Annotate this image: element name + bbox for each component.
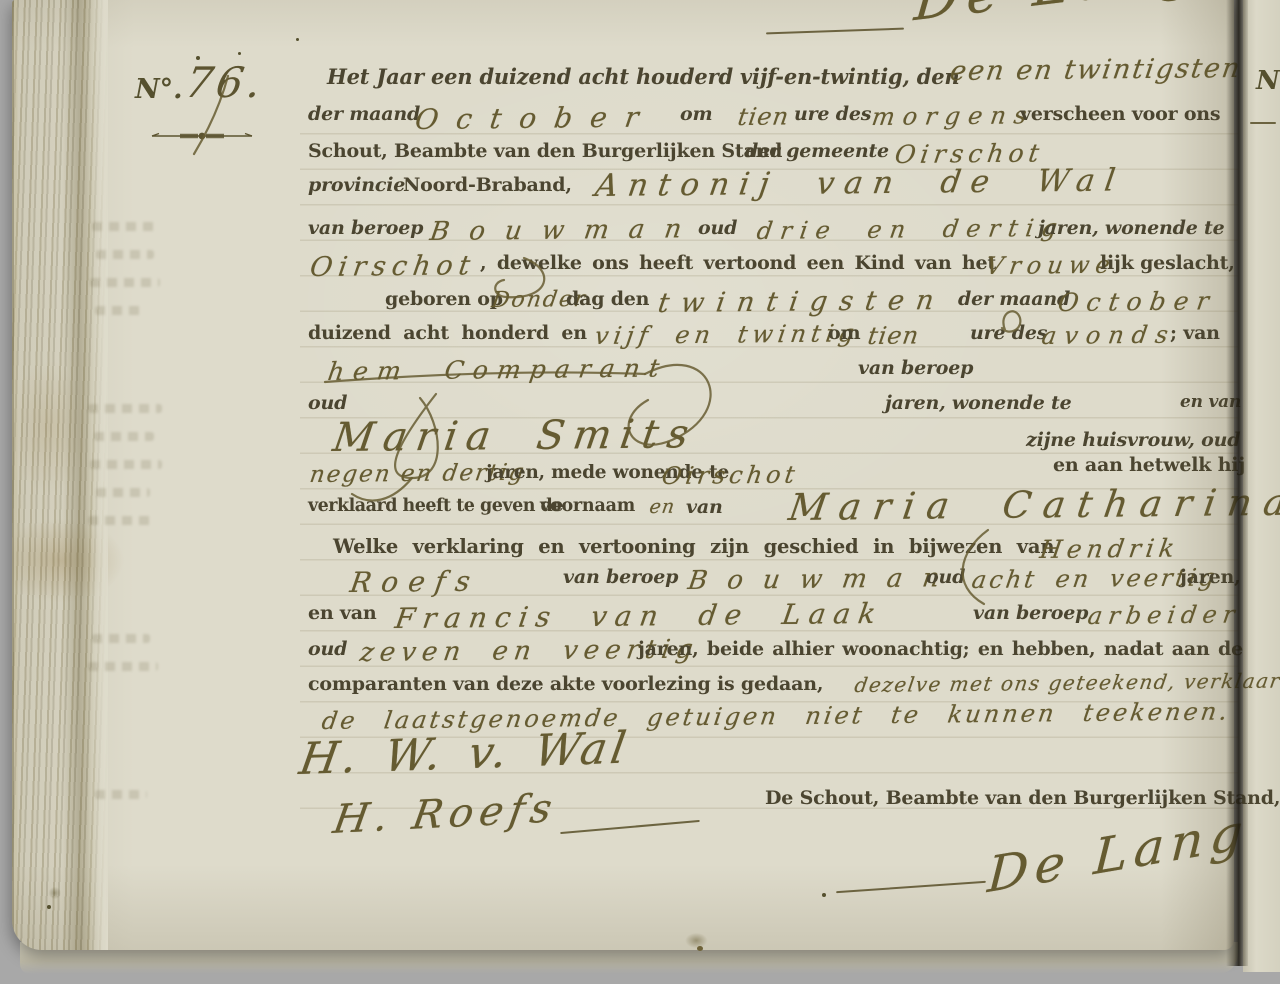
handwritten-segment: Francis van de Laak <box>393 597 886 635</box>
scanned-register-page: { "scan": { "header": { "no_label": "N°.… <box>0 0 1280 984</box>
ink-speck <box>822 893 826 897</box>
schout-title-line: De Schout, Beambte van den Burgerlijken … <box>765 787 1280 809</box>
binding-edge <box>12 0 108 950</box>
handwritten-segment: hem Comparant <box>326 353 670 386</box>
bleed-through-text <box>88 516 152 525</box>
printed-segment: voornaam <box>540 496 635 516</box>
bleed-through-text <box>92 634 150 643</box>
bleed-through-text <box>96 488 150 497</box>
ink-speck <box>697 946 703 951</box>
printed-segment: ure des <box>794 103 871 125</box>
printed-segment: van <box>686 496 723 518</box>
handwritten-segment: Oirschot <box>660 461 801 490</box>
act-line-13: verklaard heeft te geven de voornaam en … <box>308 496 1243 536</box>
handwritten-segment: October <box>1056 286 1219 317</box>
printed-segment: Het Jaar een duizend acht houderd vijf-e… <box>327 64 959 89</box>
handwritten-segment: Roefs <box>348 565 482 599</box>
handwritten-segment: Bouwman <box>686 563 962 596</box>
handwritten-segment: Antonij van de Wal <box>593 162 1127 204</box>
handwritten-segment: avonds <box>1040 321 1178 350</box>
printed-segment: van beroep <box>858 357 973 379</box>
handwritten-segment: vijf en twintig <box>593 319 861 350</box>
printed-segment: van beroep <box>308 217 423 239</box>
handwritten-segment: Vrouwe <box>984 251 1118 280</box>
handwritten-segment: twintigsten <box>656 285 948 319</box>
handwritten-segment: Oirschot <box>308 250 478 283</box>
printed-segment: oud <box>308 392 347 414</box>
act-line-1: Het Jaar een duizend acht houderd vijf-e… <box>308 64 1243 104</box>
printed-segment: en aan hetwelk hij <box>1053 454 1245 476</box>
handwritten-segment: en <box>648 496 677 518</box>
printed-segment: der maand <box>308 103 420 125</box>
printed-segment: verscheen voor ons <box>1020 103 1220 125</box>
ornament-divider <box>150 128 254 148</box>
printed-segment: oud <box>308 638 347 660</box>
bleed-through-text <box>90 460 162 469</box>
bleed-through-text <box>92 222 158 231</box>
act-number: 76. <box>182 58 269 107</box>
printed-segment: Noord-Braband, <box>403 174 572 196</box>
handwritten-segment: Maria Smits <box>330 411 700 461</box>
bleed-through-text <box>94 432 154 441</box>
handwritten-segment: tien <box>736 102 791 131</box>
bleed-through-text <box>96 250 154 259</box>
printed-segment: Schout, Beambte van den Burgerlijken Sta… <box>308 140 782 162</box>
bleed-through-text <box>95 790 147 799</box>
printed-segment: van beroep <box>973 602 1088 624</box>
next-page-act-number-partial: N <box>1256 66 1280 96</box>
printed-segment: jaren, beide alhier woonachtig; en hebbe… <box>638 638 1243 660</box>
handwritten-segment: arbeider <box>1086 600 1242 630</box>
printed-segment: lijk geslacht, <box>1100 252 1235 274</box>
ink-speck <box>296 38 299 41</box>
handwritten-segment: dezelve met ons geteekend, verklaaren <box>853 668 1280 697</box>
printed-segment: van beroep <box>563 566 678 588</box>
handwritten-segment: Bouwman <box>428 214 704 247</box>
handwritten-segment: tien <box>866 321 921 350</box>
handwritten-segment: Maria Catharina <box>786 481 1280 529</box>
printed-segment: ure des <box>970 322 1047 344</box>
handwritten-segment: October <box>413 100 659 136</box>
next-page-divider-partial <box>1250 122 1276 124</box>
ink-speck <box>196 56 200 60</box>
bleed-through-text <box>88 404 162 413</box>
printed-segment: en van <box>308 602 376 624</box>
act-line-4: provincie Noord-Braband, Antonij van de … <box>308 174 1243 214</box>
printed-segment: geboren op <box>385 288 503 310</box>
act-line-2: der maand October om tien ure des morgen… <box>308 103 1243 143</box>
printed-segment: dag den <box>566 288 649 310</box>
printed-segment: jaren, wonende te <box>885 392 1072 414</box>
act-line-9: hem Comparant van beroep <box>308 357 1243 397</box>
handwritten-segment: morgens <box>870 101 1036 131</box>
act-number-label: N°. <box>135 74 183 105</box>
printed-segment: oud <box>926 566 965 588</box>
printed-segment: duizend acht honderd en <box>308 322 587 344</box>
printed-segment: comparanten van deze akte voorlezing is … <box>308 673 823 695</box>
printed-segment: Welke verklaring en vertooning zijn gesc… <box>333 535 1054 558</box>
printed-segment: der maand <box>958 288 1070 310</box>
printed-segment: ; van <box>1170 322 1220 344</box>
ink-speck <box>47 905 51 909</box>
act-line-16: en van Francis van de Laak van beroep ar… <box>308 602 1243 642</box>
handwritten-segment: een en twintigsten <box>948 53 1244 87</box>
handwritten-segment: Hendrik <box>1038 534 1181 564</box>
bleed-through-text <box>95 306 145 315</box>
bleed-through-text <box>88 662 158 671</box>
printed-segment: der gemeente <box>745 140 889 162</box>
act-line-11: Maria Smits zijne huisvrouw, oud <box>308 415 1243 455</box>
printed-segment: provincie <box>308 174 405 196</box>
printed-segment: jaren, wonende te <box>1038 217 1225 239</box>
printed-segment: zijne huisvrouw, oud <box>1026 429 1240 451</box>
printed-segment: oud <box>698 217 737 239</box>
ink-speck <box>238 52 241 55</box>
printed-segment: om <box>828 322 860 344</box>
handwritten-segment: drie en dertig <box>755 214 1067 245</box>
printed-segment: om <box>680 103 712 125</box>
printed-segment: verklaard heeft te geven de <box>308 496 563 516</box>
bleed-through-text <box>90 278 160 287</box>
page-gutter-shadow <box>1226 0 1248 966</box>
printed-segment: , dewelke ons heeft vertoond een Kind va… <box>480 252 996 274</box>
